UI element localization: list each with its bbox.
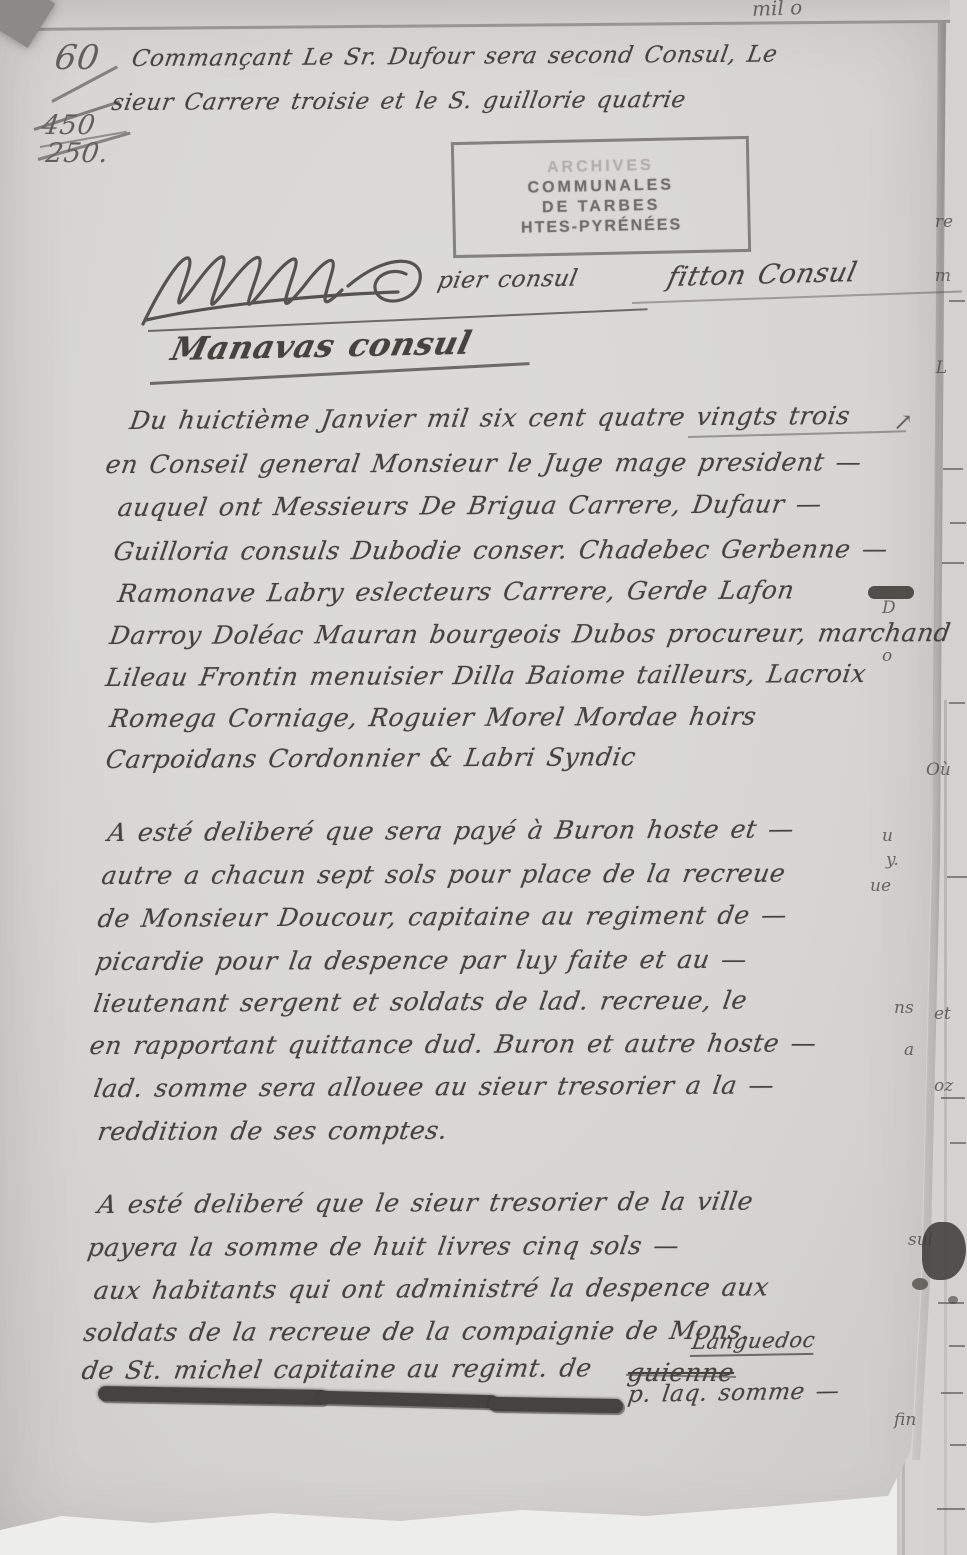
margin-fragment: o: [882, 646, 892, 666]
margin-fragment: u: [882, 826, 893, 846]
margin-fragment: et: [934, 1004, 951, 1024]
interlined-word: Languedoc: [690, 1328, 817, 1357]
body-line: picardie pour la despence par luy faite …: [94, 945, 749, 976]
body-line: de Monsieur Doucour, capitaine au regime…: [96, 900, 790, 933]
body-line: en Conseil general Monsieur le Juge mage…: [104, 447, 864, 479]
margin-fragment: re: [935, 212, 953, 232]
under-text-stroke: [950, 1444, 966, 1446]
body-line: payera la somme de huit livres cinq sols…: [86, 1231, 682, 1262]
under-text-stroke: [941, 1392, 963, 1394]
under-text-stroke: [949, 300, 965, 302]
body-line: Darroy Doléac Mauran bourgeois Dubos pro…: [108, 618, 953, 650]
body-line: Guilloria consuls Dubodie conser. Chadeb…: [112, 534, 890, 566]
body-line: reddition de ses comptes.: [96, 1116, 450, 1146]
margin-fragment: ue: [870, 876, 891, 896]
under-text-stroke: [950, 522, 966, 524]
header-line-1: Commançant Le Sr. Dufour sera second Con…: [130, 41, 780, 72]
header-line-2: sieur Carrere troisie et le S. guillorie…: [110, 87, 688, 116]
under-text-stroke: [943, 468, 963, 470]
body-line: Lileau Frontin menuisier Dilla Baiome ta…: [104, 659, 869, 692]
body-line: lad. somme sera allouee au sieur tresori…: [92, 1070, 777, 1103]
margin-fragment: m: [935, 266, 951, 286]
body-line: Ramonave Labry eslecteurs Carrere, Gerde…: [116, 575, 797, 608]
margin-fragment: a: [904, 1040, 914, 1060]
stamp-line-2: COMMUNALES: [527, 176, 674, 197]
arrow-mark: ↗: [893, 408, 913, 436]
margin-fragment: D: [882, 598, 896, 618]
folio-number: 60: [52, 38, 102, 78]
body-line: de St. michel capitaine au regimt. de: [80, 1353, 594, 1385]
under-text-stroke: [947, 876, 967, 878]
body-line: lieutenant sergent et soldats de lad. re…: [92, 986, 750, 1018]
under-text-stroke: [941, 1097, 965, 1099]
body-line: Carpoidans Cordonnier & Labri Syndic: [104, 742, 638, 774]
stamp-line-3: DE TARBES: [542, 197, 661, 217]
margin-fragment: ns: [894, 998, 914, 1018]
body-line: autre a chacun sept sols pour place de l…: [100, 859, 788, 890]
body-line: A esté deliberé que le sieur tresorier d…: [96, 1187, 756, 1219]
manuscript-scan: mil o 60 450 250. Commançant Le Sr. Dufo…: [0, 0, 967, 1555]
margin-fragment: oz: [934, 1076, 953, 1096]
signature-2: Manavas consul: [168, 324, 476, 368]
ink-blot-small: [948, 1296, 958, 1304]
page-fold-line-2: [944, 700, 947, 1555]
body-line: A esté deliberé que sera payé à Buron ho…: [106, 814, 796, 847]
top-edge-text-fragment: mil o: [752, 0, 803, 21]
body-line: Romega Corniage, Roguier Morel Mordae ho…: [108, 702, 759, 733]
body-line: Du huictième Janvier mil six cent quatre…: [128, 401, 852, 435]
ink-blot-small: [912, 1278, 928, 1290]
under-text-stroke: [949, 702, 965, 704]
stamp-line-1: ARCHIVES: [547, 157, 654, 177]
margin-fragment: y.: [886, 850, 899, 870]
stamp-line-4: HTES-PYRÉNÉES: [521, 216, 682, 237]
margin-fragment: Où: [926, 760, 951, 780]
under-text-stroke: [942, 562, 964, 564]
body-line: soldats de la recreue de la compaignie d…: [82, 1316, 753, 1347]
body-line: auquel ont Messieurs De Brigua Carrere, …: [116, 489, 824, 522]
body-line: aux habitants qui ont administré la desp…: [92, 1272, 771, 1305]
body-line: en rapportant quittance dud. Buron et au…: [88, 1028, 819, 1060]
under-text-stroke: [937, 1508, 965, 1510]
signature-1-title: pier consul: [435, 266, 580, 294]
heavy-strike-blot: [488, 1397, 623, 1413]
archive-stamp: ARCHIVES COMMUNALES DE TARBES HTES-PYRÉN…: [451, 136, 751, 258]
under-text-stroke: [950, 1142, 966, 1144]
margin-fragment: fin: [894, 1410, 916, 1430]
signature-3: fitton Consul: [665, 257, 861, 293]
margin-fragment: L: [936, 358, 947, 378]
under-text-stroke: [949, 1345, 965, 1347]
after-blot-text: p. laq. somme —: [626, 1378, 841, 1408]
